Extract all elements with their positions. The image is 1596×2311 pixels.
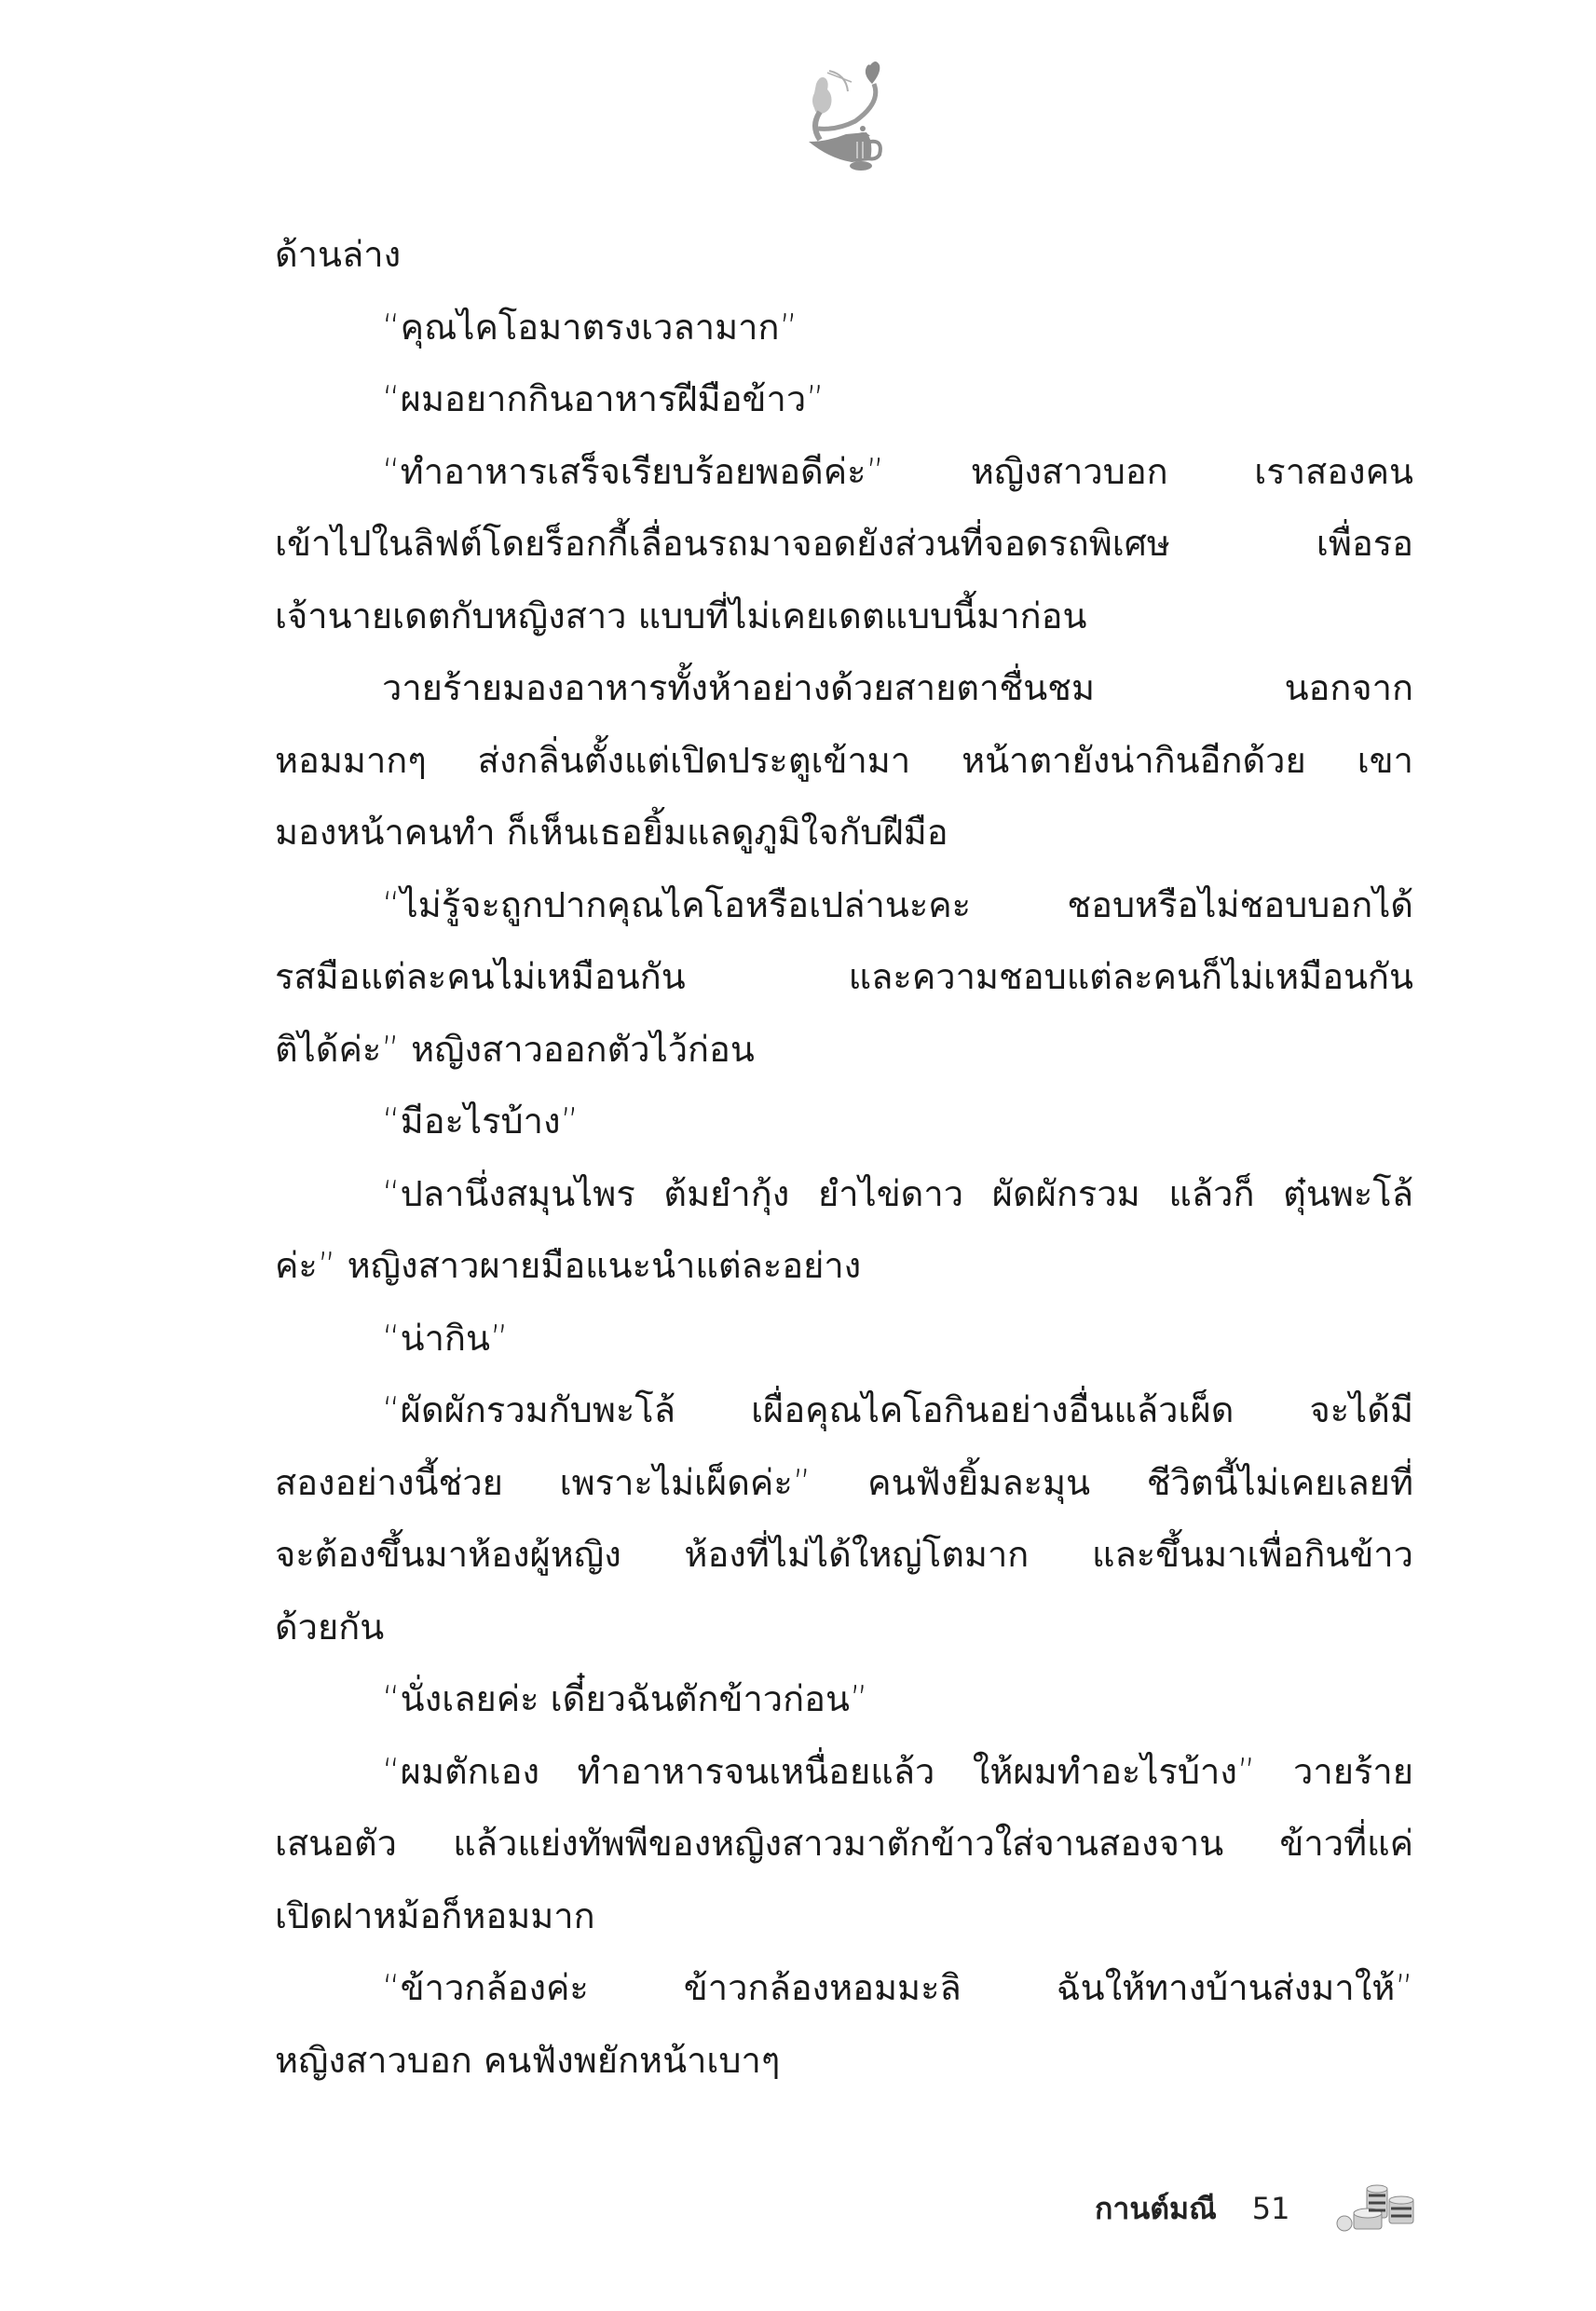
cupid-teapot-icon bbox=[781, 56, 902, 172]
text-line: เข้าไปในลิฟต์โดยร็อกกี้เลื่อนรถมาจอดยังส… bbox=[275, 508, 1413, 581]
text-line: “ผัดผักรวมกับพะโล้ เผื่อคุณไคโอกินอย่างอ… bbox=[275, 1374, 1413, 1447]
text-line: ติได้ค่ะ” หญิงสาวออกตัวไว้ก่อน bbox=[275, 1014, 1413, 1087]
page-footer: กานต์มณี 51 bbox=[1095, 2176, 1419, 2241]
text-line: สองอย่างนี้ช่วย เพราะไม่เผ็ดค่ะ” คนฟังยิ… bbox=[275, 1447, 1413, 1520]
text-line: หอมมากๆ ส่งกลิ่นตั้งแต่เปิดประตูเข้ามา ห… bbox=[275, 725, 1413, 798]
text-line: “ข้าวกล้องค่ะ ข้าวกล้องหอมมะลิ ฉันให้ทาง… bbox=[275, 1952, 1413, 2025]
page-number: 51 bbox=[1252, 2191, 1290, 2226]
text-line: เปิดฝาหม้อก็หอมมาก bbox=[275, 1880, 1413, 1953]
text-line: หญิงสาวบอก คนฟังพยักหน้าเบาๆ bbox=[275, 2025, 1413, 2098]
text-line: ด้านล่าง bbox=[275, 219, 1413, 292]
text-line: มองหน้าคนทำ ก็เห็นเธอยิ้มแลดูภูมิใจกับฝี… bbox=[275, 797, 1413, 869]
coin-stack-icon bbox=[1335, 2184, 1419, 2233]
text-line: “คุณไคโอมาตรงเวลามาก” bbox=[275, 292, 1413, 364]
text-line: “มีอะไรบ้าง” bbox=[275, 1086, 1413, 1158]
book-title: กานต์มณี bbox=[1095, 2185, 1217, 2233]
text-line: “ทำอาหารเสร็จเรียบร้อยพอดีค่ะ” หญิงสาวบอ… bbox=[275, 436, 1413, 509]
text-line: “น่ากิน” bbox=[275, 1303, 1413, 1375]
text-line: “ผมตักเอง ทำอาหารจนเหนื่อยแล้ว ให้ผมทำอะ… bbox=[275, 1736, 1413, 1809]
story-body: ด้านล่าง“คุณไคโอมาตรงเวลามาก”“ผมอยากกินอ… bbox=[275, 219, 1413, 2097]
text-line: รสมือแต่ละคนไม่เหมือนกัน และความชอบแต่ละ… bbox=[275, 941, 1413, 1014]
text-line: “ปลานึ่งสมุนไพร ต้มยำกุ้ง ยำไข่ดาว ผัดผั… bbox=[275, 1158, 1413, 1231]
text-line: “นั่งเลยค่ะ เดี๋ยวฉันตักข้าวก่อน” bbox=[275, 1663, 1413, 1736]
text-line: ค่ะ” หญิงสาวผายมือแนะนำแต่ละอย่าง bbox=[275, 1230, 1413, 1303]
text-line: “ผมอยากกินอาหารฝีมือข้าว” bbox=[275, 363, 1413, 436]
text-line: เจ้านายเดตกับหญิงสาว แบบที่ไม่เคยเดตแบบน… bbox=[275, 581, 1413, 653]
text-line: จะต้องขึ้นมาห้องผู้หญิง ห้องที่ไม่ได้ใหญ… bbox=[275, 1519, 1413, 1592]
text-line: ด้วยกัน bbox=[275, 1592, 1413, 1664]
text-line: “ไม่รู้จะถูกปากคุณไคโอหรือเปล่านะคะ ชอบห… bbox=[275, 869, 1413, 942]
text-line: วายร้ายมองอาหารทั้งห้าอย่างด้วยสายตาชื่น… bbox=[275, 652, 1413, 725]
text-line: เสนอตัว แล้วแย่งทัพพีของหญิงสาวมาตักข้าว… bbox=[275, 1808, 1413, 1880]
